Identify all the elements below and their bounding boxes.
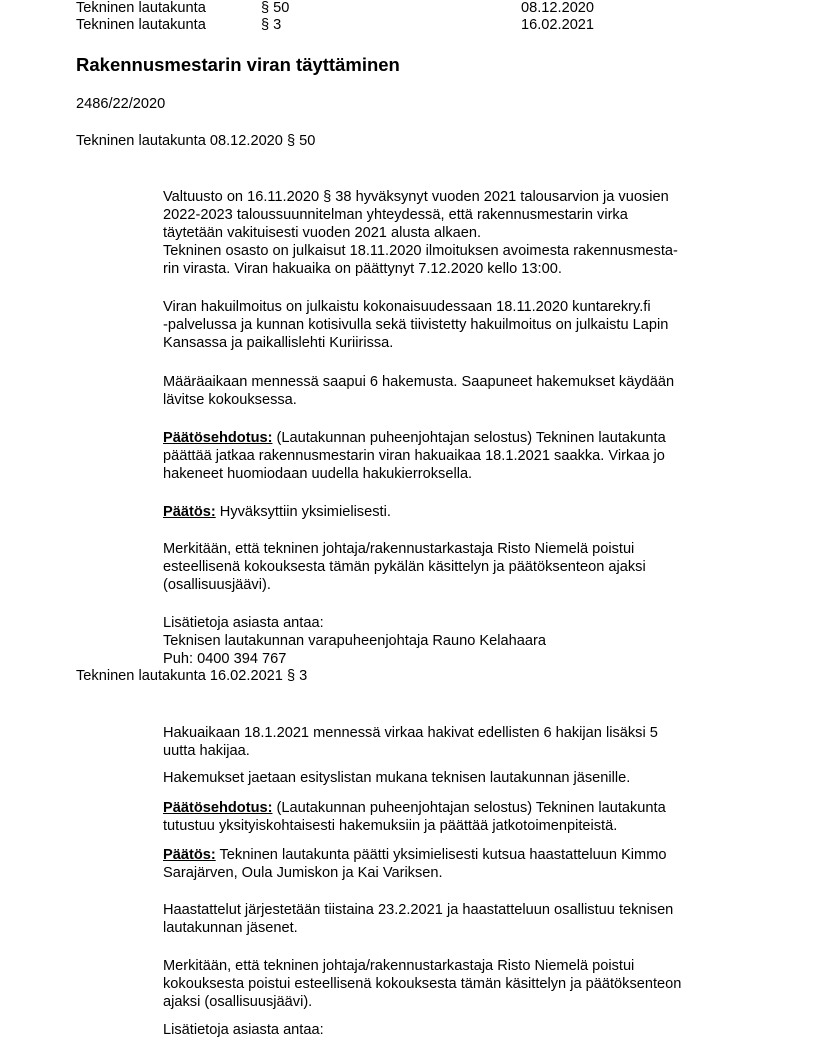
meeting1-paragraph-1: Valtuusto on 16.11.2020 § 38 hyväksynyt …: [163, 188, 743, 278]
meeting2-interview: Haastattelut järjestetään tiistaina 23.2…: [163, 901, 743, 937]
meeting1-decision: Päätös: Hyväksyttiin yksimielisesti.: [163, 503, 743, 521]
header-row-2-section: § 3: [261, 17, 281, 34]
header-row-1-section: § 50: [261, 0, 289, 17]
meeting2-note: Merkitään, että tekninen johtaja/rakennu…: [163, 957, 743, 1011]
meeting2-contact: Lisätietoja asiasta antaa:: [163, 1021, 743, 1039]
meeting1-proposal: Päätösehdotus: (Lautakunnan puheenjohtaj…: [163, 429, 743, 483]
decision-label: Päätös:: [163, 847, 216, 863]
proposal-label: Päätösehdotus:: [163, 800, 272, 816]
meeting1-paragraph-2: Viran hakuilmoitus on julkaistu kokonais…: [163, 298, 743, 352]
meeting1-note: Merkitään, että tekninen johtaja/rakennu…: [163, 540, 743, 594]
header-row-2-date: 16.02.2021: [521, 17, 594, 34]
document-title: Rakennusmestarin viran täyttäminen: [76, 54, 400, 76]
meeting1-contact: Lisätietoja asiasta antaa: Teknisen laut…: [163, 614, 743, 668]
header-row-2-body: Tekninen lautakunta: [76, 17, 206, 34]
meeting2-paragraph-2: Hakemukset jaetaan esityslistan mukana t…: [163, 769, 743, 787]
header-row-1-date: 08.12.2020: [521, 0, 594, 17]
meeting2-heading: Tekninen lautakunta 16.02.2021 § 3: [76, 668, 307, 685]
meeting2-paragraph-1: Hakuaikaan 18.1.2021 mennessä virkaa hak…: [163, 724, 743, 760]
meeting1-paragraph-3: Määräaikaan mennessä saapui 6 hakemusta.…: [163, 373, 743, 409]
decision-label: Päätös:: [163, 504, 216, 520]
case-number: 2486/22/2020: [76, 96, 165, 113]
header-row-1-body: Tekninen lautakunta: [76, 0, 206, 17]
proposal-label: Päätösehdotus:: [163, 430, 272, 446]
meeting1-heading: Tekninen lautakunta 08.12.2020 § 50: [76, 133, 315, 150]
meeting2-decision: Päätös: Tekninen lautakunta päätti yksim…: [163, 846, 743, 882]
meeting2-proposal: Päätösehdotus: (Lautakunnan puheenjohtaj…: [163, 799, 743, 835]
